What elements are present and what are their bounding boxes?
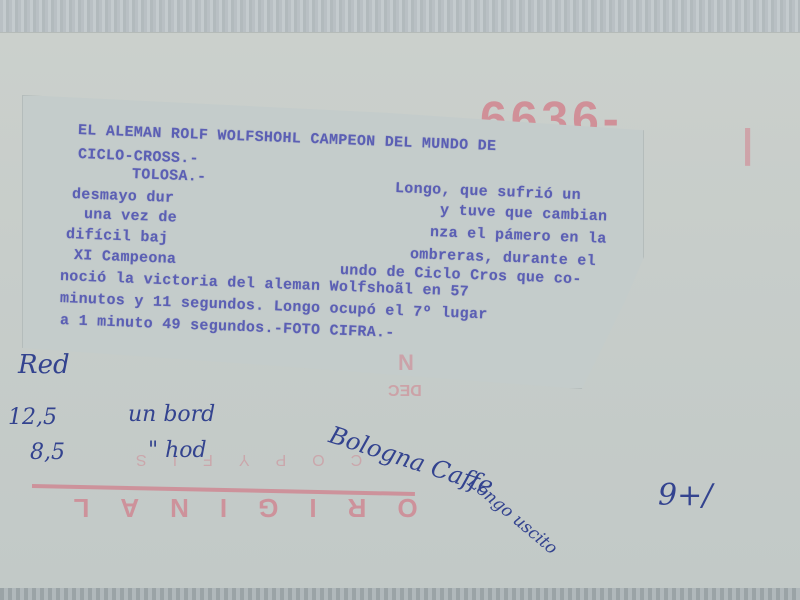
handwritten-value-1: 12,5 — [8, 405, 57, 430]
background-surface-bottom — [0, 588, 800, 600]
faint-stamp-dec: DEC — [388, 380, 422, 398]
handwritten-note-1: un bord — [128, 402, 215, 427]
handwritten-value-2: 8,5 — [30, 440, 65, 465]
original-stamp: ORIGINAL — [40, 492, 420, 523]
handwritten-note-2: " hod — [148, 438, 207, 463]
handwritten-label: Red — [18, 350, 70, 380]
stamp-fragment: | — [742, 122, 753, 167]
handwritten-corner-mark: 9+/ — [658, 478, 712, 513]
caption-line-3a: TOLOSA.- — [132, 166, 207, 186]
faint-stamp-n: N — [398, 350, 414, 376]
caption-line-5a: una vez de — [84, 206, 178, 227]
